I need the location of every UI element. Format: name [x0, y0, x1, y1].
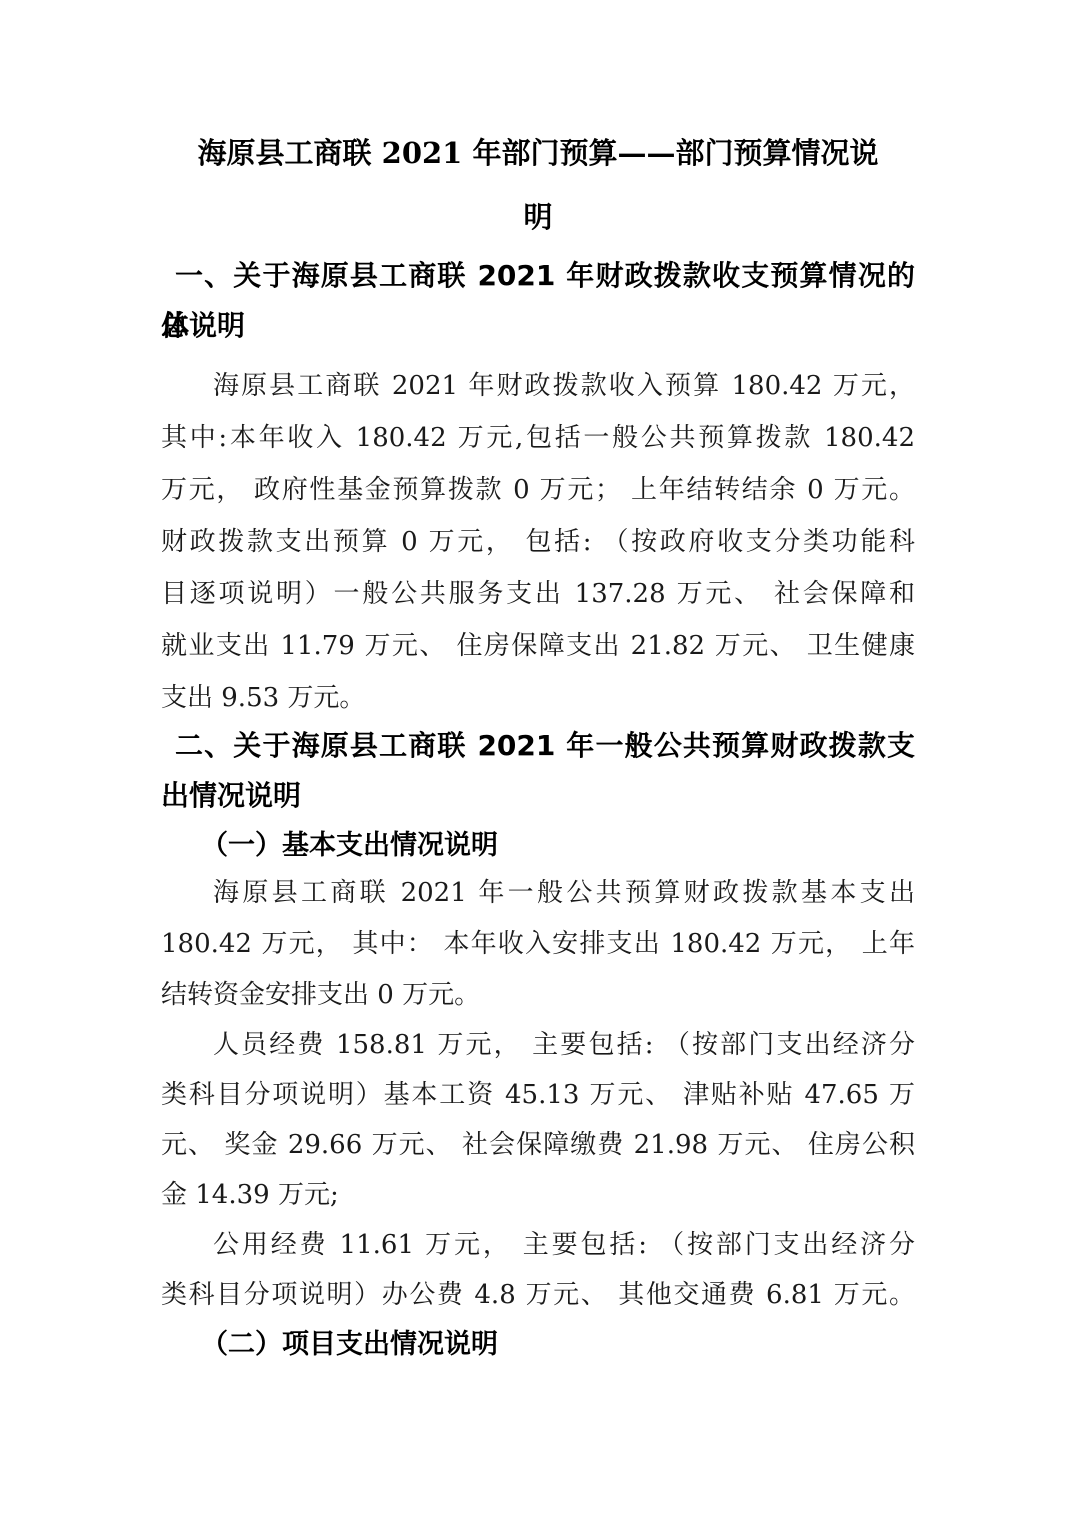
- paragraph-line: 金 14.39 万元;: [161, 1170, 915, 1220]
- paragraph-line: 类科目分项说明）基本工资 45.13 万元、 津贴补贴 47.65 万: [161, 1070, 915, 1120]
- section-2-heading: 二、关于海原县工商联 2021 年一般公共预算财政拨款支 出情况说明: [161, 721, 915, 821]
- document-title-line-1: 海原县工商联 2021 年部门预算——部门预算情况说: [161, 121, 915, 185]
- paragraph-line: 就业支出 11.79 万元、 住房保障支出 21.82 万元、 卫生健康: [161, 620, 915, 672]
- subsection-2-heading: （二）项目支出情况说明: [161, 1320, 915, 1370]
- personnel-funds-paragraph: 人员经费 158.81 万元， 主要包括: （按部门支出经济分 类科目分项说明）…: [161, 1020, 915, 1220]
- paragraph-line: 海原县工商联 2021 年一般公共预算财政拨款基本支出: [161, 868, 915, 919]
- paragraph-line: 支出 9.53 万元。: [161, 672, 915, 724]
- section-2-heading-line-2: 出情况说明: [161, 771, 915, 821]
- subsection-1-heading: （一）基本支出情况说明: [161, 821, 915, 871]
- section-2-heading-line-1: 二、关于海原县工商联 2021 年一般公共预算财政拨款支: [161, 721, 915, 771]
- paragraph-line: 人员经费 158.81 万元， 主要包括: （按部门支出经济分: [161, 1020, 915, 1070]
- paragraph-line: 财政拨款支出预算 0 万元， 包括: （按政府收支分类功能科: [161, 516, 915, 568]
- section-1-heading-line-2: 体说明: [161, 301, 915, 351]
- subsection-1-heading-line: （一）基本支出情况说明: [161, 821, 915, 871]
- paragraph-line: 元、 奖金 29.66 万元、 社会保障缴费 21.98 万元、 住房公积: [161, 1120, 915, 1170]
- paragraph-line: 180.42 万元， 其中： 本年收入安排支出 180.42 万元， 上年: [161, 919, 915, 970]
- document-title-line-2: 明: [161, 185, 915, 249]
- paragraph-line: 海原县工商联 2021 年财政拨款收入预算 180.42 万元，: [161, 360, 915, 412]
- paragraph-line: 类科目分项说明）办公费 4.8 万元、 其他交通费 6.81 万元。: [161, 1270, 915, 1320]
- section-1-paragraph: 海原县工商联 2021 年财政拨款收入预算 180.42 万元， 其中:本年收入…: [161, 360, 915, 724]
- paragraph-line: 万元， 政府性基金预算拨款 0 万元； 上年结转结余 0 万元。: [161, 464, 915, 516]
- paragraph-line: 目逐项说明）一般公共服务支出 137.28 万元、 社会保障和: [161, 568, 915, 620]
- subsection-2-heading-line: （二）项目支出情况说明: [161, 1320, 915, 1370]
- section-1-heading-line-1: 一、关于海原县工商联 2021 年财政拨款收支预算情况的总: [161, 251, 915, 301]
- public-funds-paragraph: 公用经费 11.61 万元， 主要包括: （按部门支出经济分 类科目分项说明）办…: [161, 1220, 915, 1320]
- document-title: 海原县工商联 2021 年部门预算——部门预算情况说 明: [161, 121, 915, 249]
- section-1-heading: 一、关于海原县工商联 2021 年财政拨款收支预算情况的总 体说明: [161, 251, 915, 351]
- document-page: 海原县工商联 2021 年部门预算——部门预算情况说 明 一、关于海原县工商联 …: [0, 0, 1074, 1520]
- basic-expenditure-paragraph: 海原县工商联 2021 年一般公共预算财政拨款基本支出 180.42 万元， 其…: [161, 868, 915, 1021]
- paragraph-line: 公用经费 11.61 万元， 主要包括: （按部门支出经济分: [161, 1220, 915, 1270]
- paragraph-line: 其中:本年收入 180.42 万元,包括一般公共预算拨款 180.42: [161, 412, 915, 464]
- paragraph-line: 结转资金安排支出 0 万元。: [161, 970, 915, 1021]
